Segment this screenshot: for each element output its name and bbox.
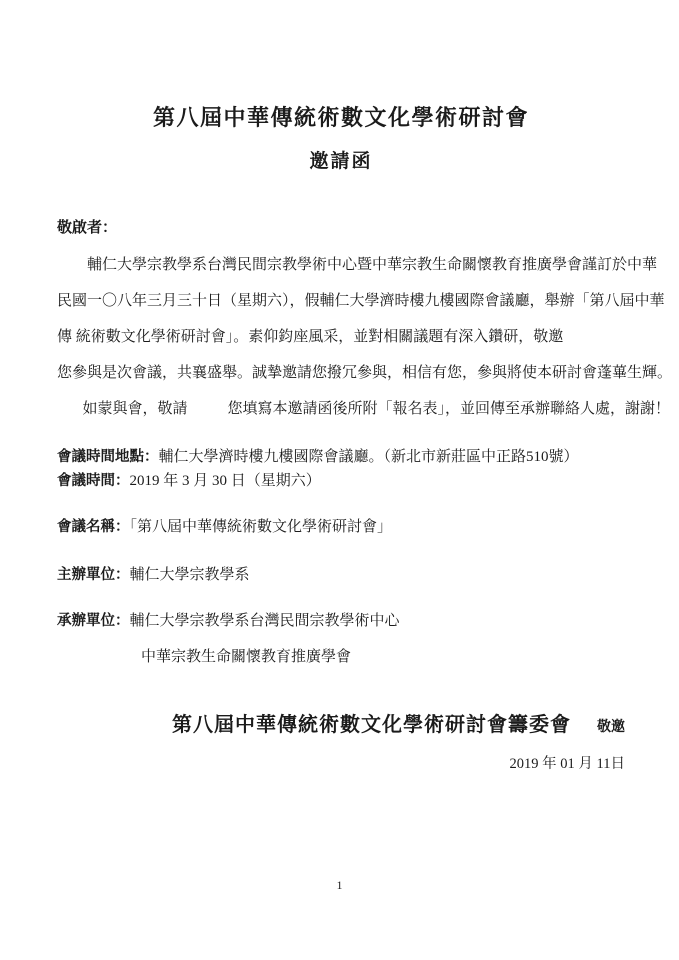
venue-label: 會議時間地點： [57,449,159,465]
organizer-value-line2: 中華宗教生命關懷教育推廣學會 [141,645,625,669]
conference-name-label: 會議名稱： [57,519,130,535]
conference-name-value: 「第八屆中華傳統術數文化學術研討會」 [130,519,393,535]
detail-row-host: 主辦單位：輔仁大學宗教學系 [57,563,625,587]
detail-row-venue: 會議時間地點：輔仁大學濟時樓九樓國際會議廳。（新北市新莊區中正路510號） [57,445,625,469]
letter-body: 輔仁大學宗教學系台灣民間宗教學術中心暨中華宗教生命關懷教育推廣學會謹訂於中華 民… [57,247,625,427]
document-title: 第八屆中華傳統術數文化學術研討會 [57,0,625,133]
detail-row-time: 會議時間：2019 年 3 月 30 日（星期六） [57,469,625,493]
host-value: 輔仁大學宗教學系 [130,567,250,583]
detail-row-organizer: 承辦單位：輔仁大學宗教學系台灣民間宗教學術中心 [57,609,625,633]
request-lead-text: 如蒙與會，敬請 [83,401,188,417]
venue-value: 輔仁大學濟時樓九樓國際會議廳。（新北市新莊區中正路510號） [159,449,579,465]
body-line-3: 傳 統術數文化學術研討會」。素仰鈞座風采，並對相關議題有深入鑽研，敬邀 [57,319,625,355]
body-line-4: 您參與是次會議，共襄盛舉。誠摯邀請您撥冗參與，相信有您，參與將使本研討會蓬蓽生輝… [57,355,625,391]
page-number: 1 [0,877,679,893]
body-line-2: 民國一〇八年三月三十日（星期六），假輔仁大學濟時樓九樓國際會議廳，舉辦「第八屆中… [57,283,625,319]
body-line-5: 如蒙與會，敬請您填寫本邀請函後所附「報名表」，並回傳至承辦聯絡人處，謝謝！ [57,391,625,427]
salutation: 敬啟者： [57,217,625,239]
organizer-value-line1: 輔仁大學宗教學系台灣民間宗教學術中心 [130,613,400,629]
committee-name: 第八屆中華傳統術數文化學術研討會籌委會 [172,714,571,736]
host-label: 主辦單位： [57,567,130,583]
request-tail-text: 您填寫本邀請函後所附「報名表」，並回傳至承辦聯絡人處，謝謝！ [228,401,671,417]
document-subtitle: 邀請函 [57,149,625,175]
meeting-details: 會議時間地點：輔仁大學濟時樓九樓國際會議廳。（新北市新莊區中正路510號） 會議… [57,445,625,669]
closing-signature: 第八屆中華傳統術數文化學術研討會籌委會敬邀 [57,711,625,742]
time-value: 2019 年 3 月 30 日（星期六） [130,473,321,489]
time-label: 會議時間： [57,473,130,489]
letter-date: 2019 年 01 月 11日 [57,754,625,774]
organizer-label: 承辦單位： [57,613,130,629]
invitation-letter-page: 第八屆中華傳統術數文化學術研討會 邀請函 敬啟者： 輔仁大學宗教學系台灣民間宗教… [0,0,679,960]
detail-row-name: 會議名稱：「第八屆中華傳統術數文化學術研討會」 [57,515,625,539]
body-line-1: 輔仁大學宗教學系台灣民間宗教學術中心暨中華宗教生命關懷教育推廣學會謹訂於中華 [57,247,625,283]
invite-word: 敬邀 [597,720,625,735]
